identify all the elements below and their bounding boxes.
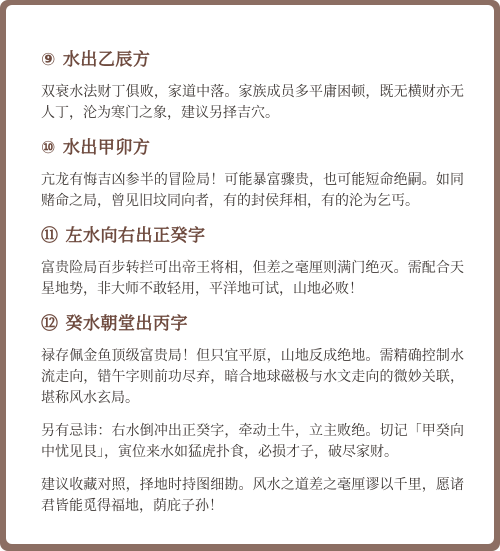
- section-paragraph: 亢龙有悔吉凶参半的冒险局！可能暴富骤贵，也可能短命绝嗣。如同赌命之局，曾见旧坟同…: [41, 170, 464, 212]
- circled-number-icon: ⑫: [41, 312, 59, 336]
- section-title: 水出甲卯方: [63, 136, 151, 160]
- section-title: 癸水朝堂出丙字: [66, 312, 189, 336]
- section-heading: ⑫ 癸水朝堂出丙字: [41, 312, 464, 336]
- circled-number-icon: ⑪: [41, 224, 59, 248]
- section-11: ⑪ 左水向右出正癸字 富贵险局百步转拦可出帝王将相，但差之毫厘则满门绝灭。需配合…: [41, 224, 464, 300]
- section-title: 水出乙辰方: [63, 48, 151, 72]
- section-heading: ⑪ 左水向右出正癸字: [41, 224, 464, 248]
- section-paragraph: 禄存佩金鱼顶级富贵局！但只宜平原，山地反成绝地。需精确控制水流走向，错午字则前功…: [41, 346, 464, 409]
- content-panel: ⑨ 水出乙辰方 双衰水法财丁俱败，家道中落。家族成员多平庸困顿，既无横财亦无人丁…: [6, 5, 494, 544]
- section-heading: ⑨ 水出乙辰方: [41, 48, 464, 72]
- section-paragraph: 双衰水法财丁俱败，家道中落。家族成员多平庸困顿，既无横财亦无人丁，沦为寒门之象，…: [41, 82, 464, 124]
- section-paragraph: 富贵险局百步转拦可出帝王将相，但差之毫厘则满门绝灭。需配合天星地势，非大师不敢轻…: [41, 258, 464, 300]
- section-heading: ⑩ 水出甲卯方: [41, 136, 464, 160]
- page-frame: ⑨ 水出乙辰方 双衰水法财丁俱败，家道中落。家族成员多平庸困顿，既无横财亦无人丁…: [0, 0, 500, 551]
- section-9: ⑨ 水出乙辰方 双衰水法财丁俱败，家道中落。家族成员多平庸困顿，既无横财亦无人丁…: [41, 48, 464, 124]
- section-12: ⑫ 癸水朝堂出丙字 禄存佩金鱼顶级富贵局！但只宜平原，山地反成绝地。需精确控制水…: [41, 312, 464, 517]
- circled-number-icon: ⑨: [41, 48, 56, 72]
- circled-number-icon: ⑩: [41, 136, 56, 160]
- closing-paragraph: 建议收藏对照，择地时持图细勘。风水之道差之毫厘谬以千里，愿诸君皆能觅得福地，荫庇…: [41, 475, 464, 517]
- section-title: 左水向右出正癸字: [66, 224, 206, 248]
- section-10: ⑩ 水出甲卯方 亢龙有悔吉凶参半的冒险局！可能暴富骤贵，也可能短命绝嗣。如同赌命…: [41, 136, 464, 212]
- taboo-paragraph: 另有忌讳：右水倒冲出正癸字，牵动土牛，立主败绝。切记「甲癸向中忧见艮」，寅位来水…: [41, 421, 464, 463]
